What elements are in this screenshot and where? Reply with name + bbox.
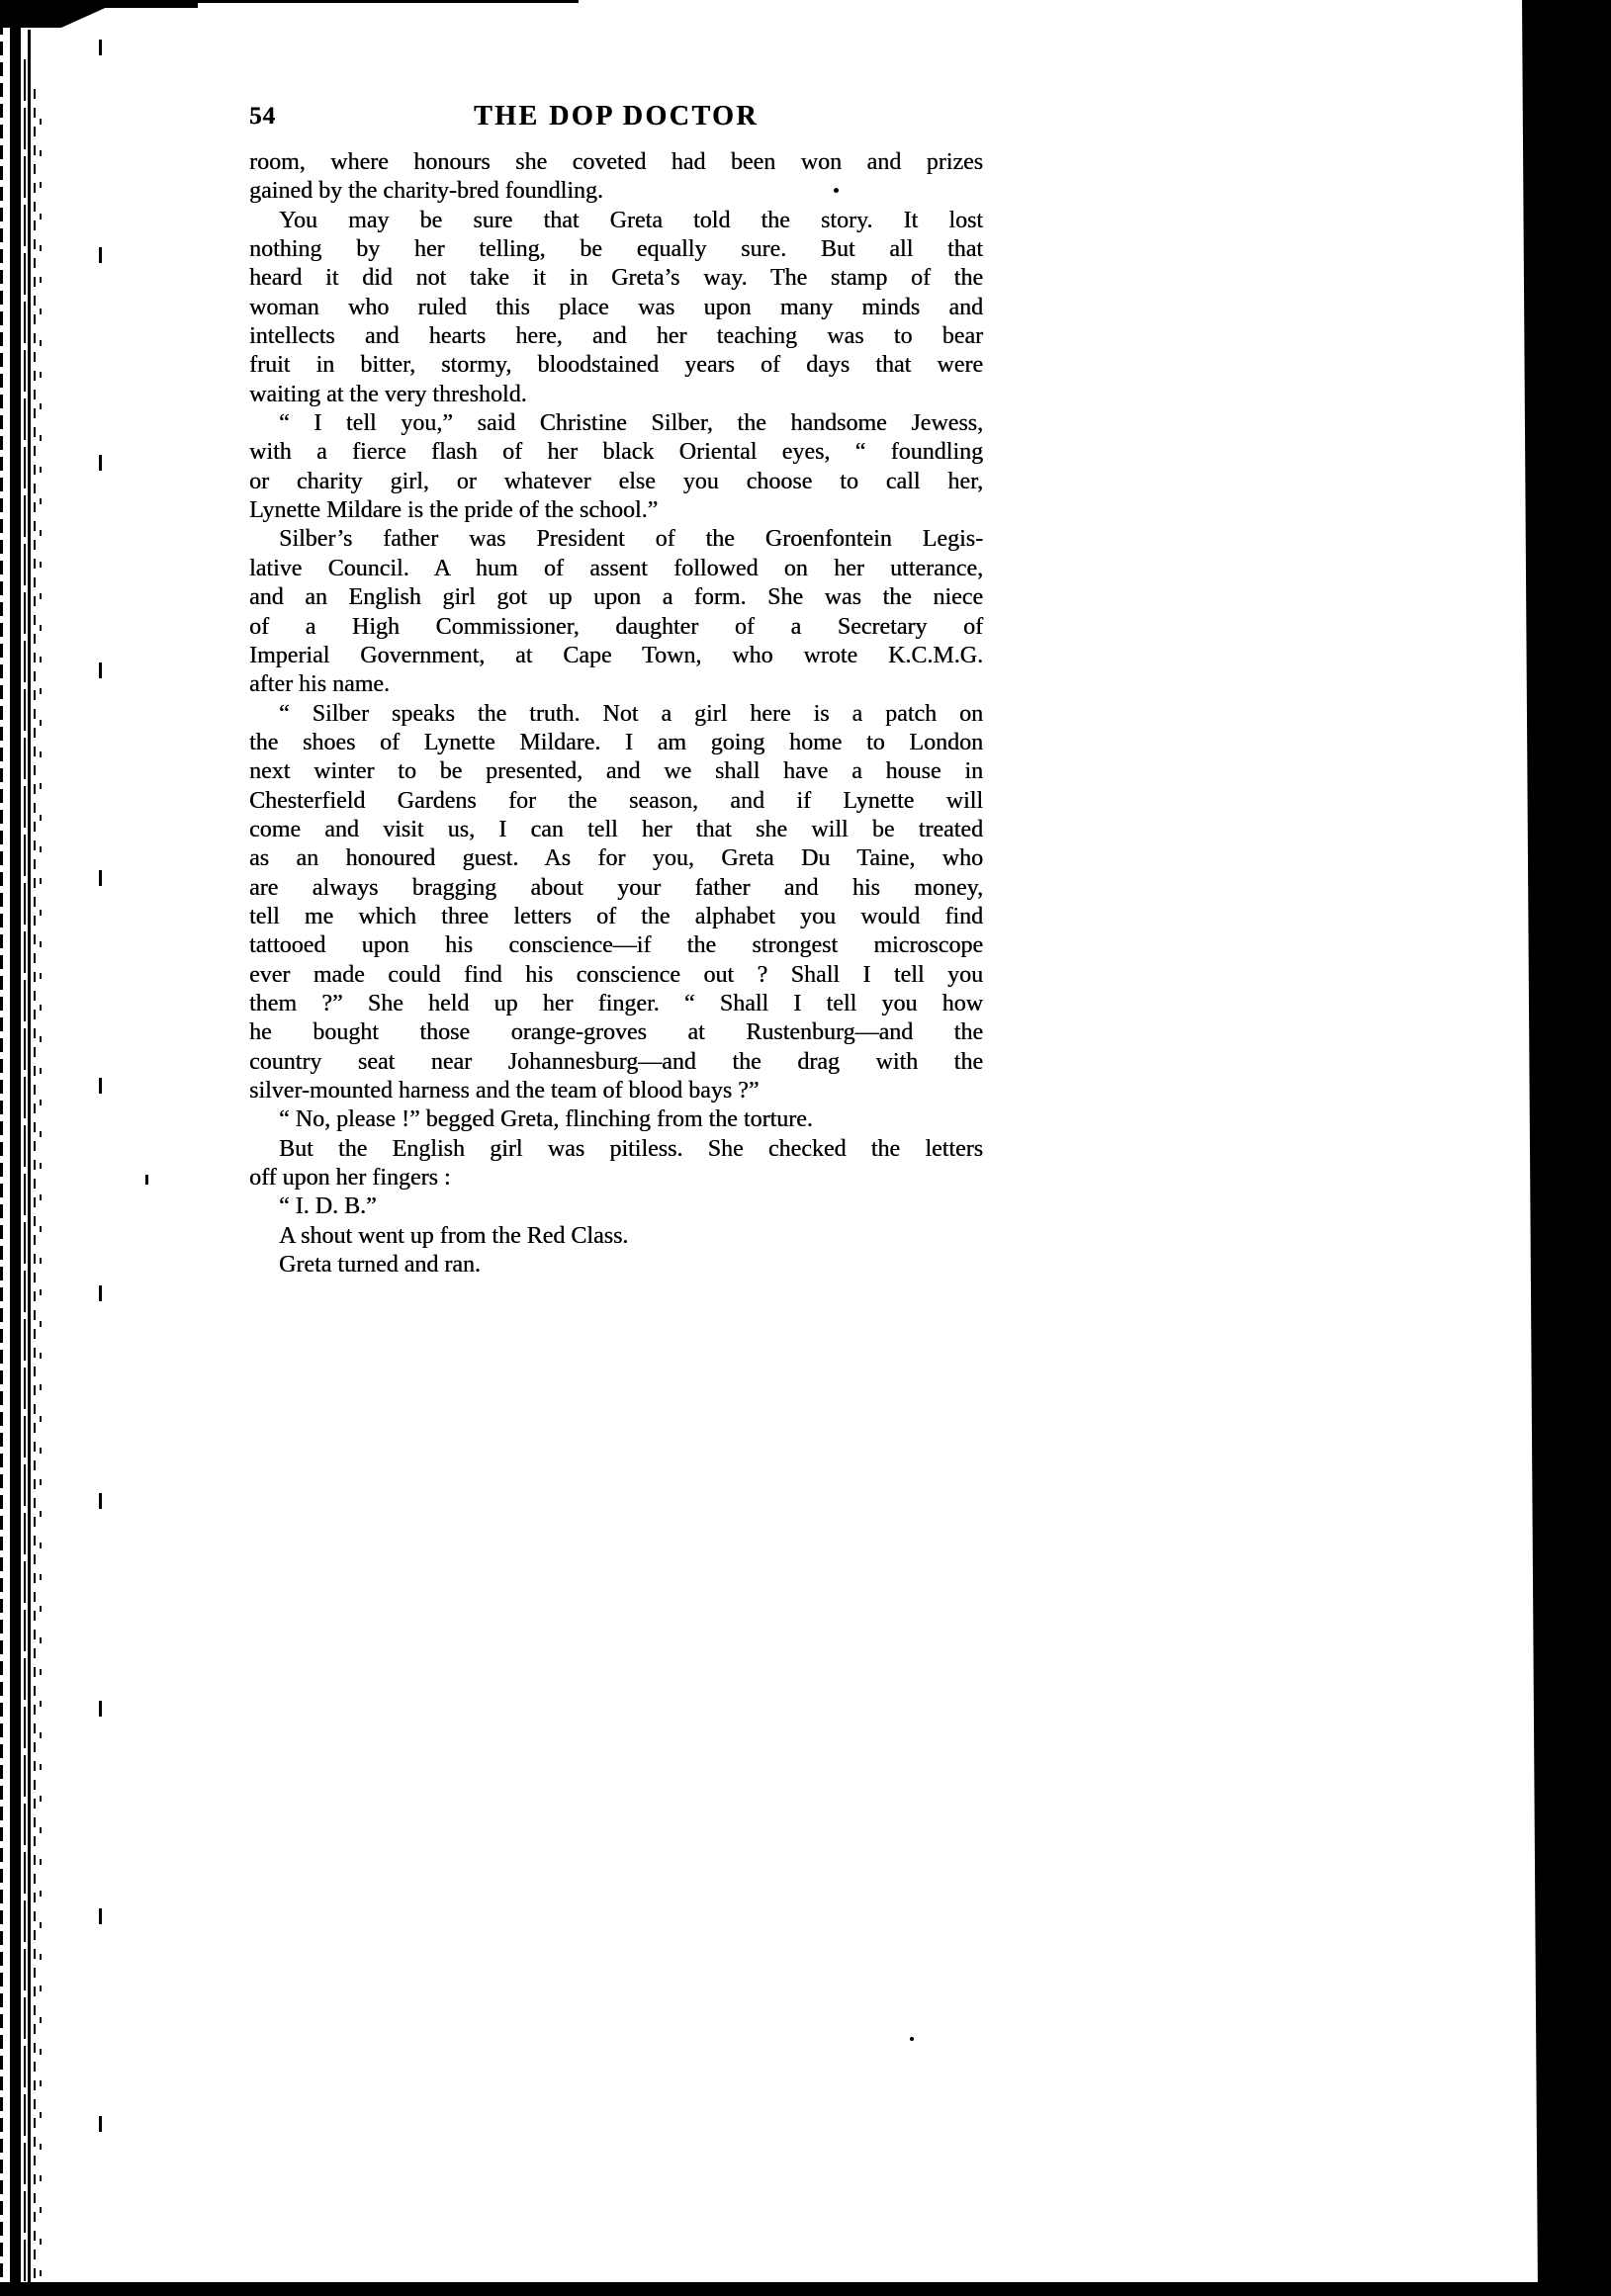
gutter-streak xyxy=(10,20,21,2296)
scanned-book-page: { "page": { "number": "54", "title": "TH… xyxy=(0,0,1611,2296)
text-line: after his name. xyxy=(249,670,983,699)
text-line: Lynette Mildare is the pride of the scho… xyxy=(249,496,983,525)
text-line: of a High Commissioner, daughter of a Se… xyxy=(249,613,983,642)
text-line: next winter to be presented, and we shal… xyxy=(249,757,983,786)
gutter-streak xyxy=(34,89,36,2296)
text-line: tattooed upon his conscience—if the stro… xyxy=(249,931,983,960)
text-line: the shoes of Lynette Mildare. I am going… xyxy=(249,729,983,757)
text-line: are always bragging about your father an… xyxy=(249,874,983,903)
text-line: as an honoured guest. As for you, Greta … xyxy=(249,844,983,873)
text-line: come and visit us, I can tell her that s… xyxy=(249,816,983,844)
scan-edge-right xyxy=(1518,0,1611,2296)
text-line: lative Council. A hum of assent followed… xyxy=(249,555,983,583)
text-line: Imperial Government, at Cape Town, who w… xyxy=(249,642,983,670)
text-line: You may be sure that Greta told the stor… xyxy=(249,207,983,235)
text-line: and an English girl got up upon a form. … xyxy=(249,583,983,612)
body-text: room, where honours she coveted had been… xyxy=(249,148,983,1280)
text-line: Chesterfield Gardens for the season, and… xyxy=(249,787,983,816)
text-line: heard it did not take it in Greta’s way.… xyxy=(249,264,983,293)
text-line: with a fierce flash of her black Orienta… xyxy=(249,438,983,467)
text-line: Silber’s father was President of the Gro… xyxy=(249,525,983,554)
gutter-streak xyxy=(40,119,42,2296)
gutter-streak xyxy=(28,30,31,2296)
page-header: 54 THE DOP DOCTOR xyxy=(249,101,983,136)
running-title: THE DOP DOCTOR xyxy=(249,101,983,132)
text-line: them ?” She held up her finger. “ Shall … xyxy=(249,990,983,1018)
text-line: “ I tell you,” said Christine Silber, th… xyxy=(249,409,983,438)
text-line: he bought those orange-groves at Rustenb… xyxy=(249,1018,983,1047)
ink-speck xyxy=(910,2037,914,2041)
ink-speck xyxy=(145,1175,148,1185)
text-line: intellects and hearts here, and her teac… xyxy=(249,322,983,351)
text-line: “ No, please !” begged Greta, flinching … xyxy=(249,1105,983,1134)
text-line: room, where honours she coveted had been… xyxy=(249,148,983,177)
scan-corner-wedge xyxy=(0,0,123,55)
text-line: “ I. D. B.” xyxy=(249,1192,983,1221)
text-line: silver-mounted harness and the team of b… xyxy=(249,1077,983,1105)
text-line: fruit in bitter, stormy, bloodstained ye… xyxy=(249,351,983,380)
text-line: country seat near Johannesburg—and the d… xyxy=(249,1048,983,1077)
text-line: “ Silber speaks the truth. Not a girl he… xyxy=(249,700,983,729)
text-line: But the English girl was pitiless. She c… xyxy=(249,1135,983,1164)
book-gutter-streaks xyxy=(0,0,47,2296)
text-line: or charity girl, or whatever else you ch… xyxy=(249,468,983,496)
text-line: Greta turned and ran. xyxy=(249,1251,983,1280)
gutter-streak xyxy=(0,0,3,2296)
gutter-streak xyxy=(24,59,26,2296)
scan-edge-bottom xyxy=(0,2282,1611,2296)
text-line: gained by the charity-bred foundling. xyxy=(249,177,983,206)
text-line: waiting at the very threshold. xyxy=(249,381,983,409)
text-line: A shout went up from the Red Class. xyxy=(249,1222,983,1251)
gutter-streak xyxy=(99,40,102,2276)
text-line: tell me which three letters of the alpha… xyxy=(249,903,983,931)
text-line: off upon her fingers : xyxy=(249,1164,983,1192)
text-line: ever made could find his conscience out … xyxy=(249,961,983,990)
text-line: nothing by her telling, be equally sure.… xyxy=(249,235,983,264)
text-line: woman who ruled this place was upon many… xyxy=(249,294,983,322)
